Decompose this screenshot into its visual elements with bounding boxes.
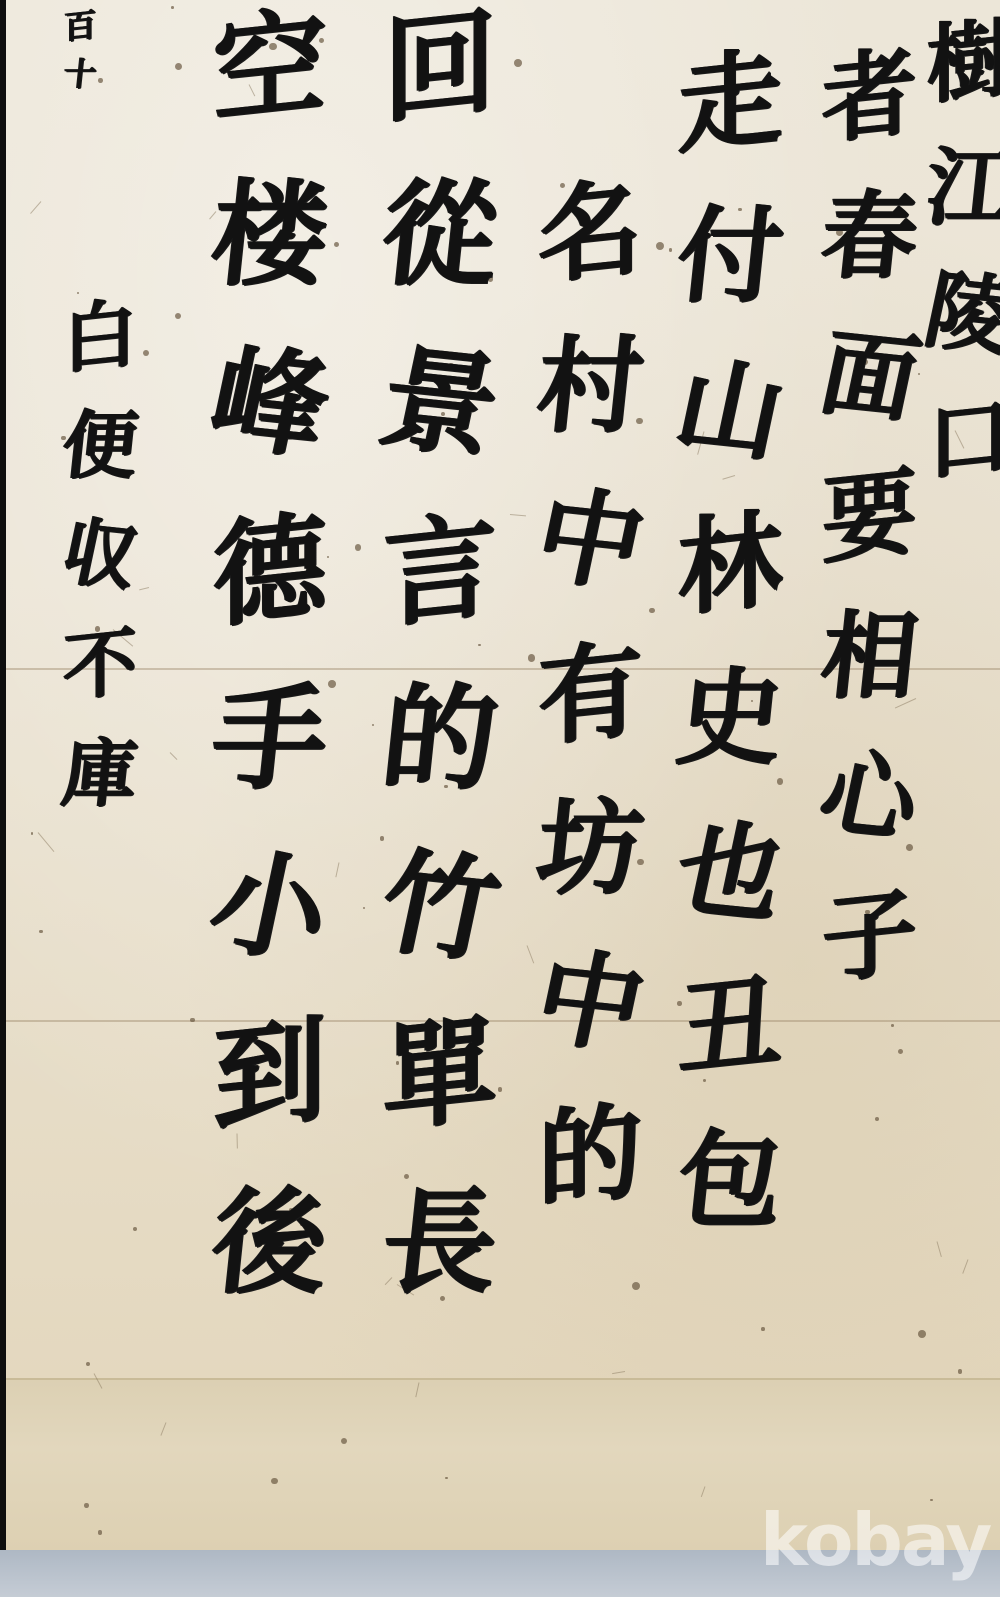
calligraphy-character: 名: [538, 174, 642, 290]
paper-speck: [39, 930, 43, 934]
calligraphy-character: 江: [923, 146, 1000, 232]
calligraphy-character: 相: [817, 610, 922, 705]
calligraphy-character: 後: [207, 1186, 333, 1300]
col-1: 空楼峰德手小到後: [210, 10, 330, 1354]
date-column: 百十: [63, 10, 97, 105]
calligraphy-character: 春: [817, 190, 922, 285]
calligraphy-character: 單: [383, 1012, 496, 1139]
paper-speck: [190, 1018, 194, 1022]
col-4: 走付山林史也丑包: [675, 50, 785, 1282]
calligraphy-character: 便: [59, 409, 141, 483]
calligraphy-character: 村: [532, 334, 647, 439]
calligraphy-character: 走: [678, 44, 782, 160]
calligraphy-character: 楼: [207, 178, 333, 292]
paper-speck: [86, 1362, 90, 1366]
calligraphy-character: 坊: [532, 796, 647, 901]
calligraphy-character: 中: [527, 945, 653, 1059]
calligraphy-character: 樹: [927, 15, 1000, 110]
calligraphy-character: 口: [927, 393, 1000, 488]
calligraphy-character: 的: [377, 682, 503, 796]
calligraphy-character: 百: [64, 8, 96, 44]
col-3: 名村中有坊中的: [535, 180, 645, 1258]
calligraphy-character: 丑: [678, 968, 782, 1084]
calligraphy-character: 不: [63, 623, 137, 705]
paper-speck: [656, 242, 664, 250]
calligraphy-character: 竹: [371, 845, 508, 969]
paper-speck: [31, 832, 33, 834]
watermark: kobay: [760, 1498, 990, 1582]
paper-speck: [143, 350, 149, 356]
calligraphy-character: 史: [672, 666, 787, 771]
calligraphy-character: 景: [371, 341, 508, 465]
paper-speck: [355, 544, 362, 551]
paper-speck: [761, 1327, 765, 1331]
calligraphy-character: 空: [213, 4, 326, 131]
calligraphy-character: 中: [527, 483, 653, 597]
calligraphy-character: 包: [672, 1128, 787, 1233]
calligraphy-character: 要: [823, 465, 917, 570]
calligraphy-character: 言: [383, 508, 496, 635]
calligraphy-character: 回: [383, 4, 496, 131]
paper-speck: [649, 608, 654, 613]
calligraphy-character: 的: [538, 1098, 642, 1214]
paper-speck: [84, 1503, 89, 1508]
col-2: 回從景言的竹單長: [380, 10, 500, 1354]
calligraphy-character: 也: [667, 815, 793, 929]
calligraphy-character: 山: [667, 353, 793, 467]
paper-speck: [334, 242, 339, 247]
paper-speck: [918, 1330, 926, 1338]
calligraphy-character: 白: [63, 296, 137, 378]
calligraphy-character: 収: [55, 515, 144, 596]
paper-speck: [514, 59, 522, 67]
paper-speck: [363, 907, 365, 909]
calligraphy-character: 峰: [201, 341, 338, 465]
paper-speck: [528, 654, 535, 661]
calligraphy-character: 德: [213, 508, 326, 635]
paper-speck: [271, 1478, 277, 1484]
calligraphy-character: 面: [813, 326, 927, 429]
calligraphy-character: 付: [672, 204, 787, 309]
calligraphy-character: 林: [678, 506, 782, 622]
calligraphy-character: 小: [201, 845, 338, 969]
calligraphy-character: 從: [377, 178, 503, 292]
calligraphy-character: 陵: [919, 268, 1000, 361]
calligraphy-character: 十: [62, 58, 98, 90]
calligraphy-character: 心: [813, 746, 927, 849]
calligraphy-character: 手: [207, 682, 333, 796]
calligraphy-character: 庫: [59, 737, 141, 811]
calligraphy-character: 者: [823, 45, 917, 150]
calligraphy-character: 有: [538, 636, 642, 752]
col-5: 者春面要相心子: [820, 50, 920, 1030]
paper-speck: [669, 248, 672, 251]
calligraphy-character: 到: [213, 1012, 326, 1139]
calligraphy-character: 長: [377, 1186, 503, 1300]
signature-column: 白便収不庫: [61, 300, 139, 846]
col-6: 樹江陵口: [925, 20, 1000, 524]
paper-speck: [175, 63, 182, 70]
calligraphy-character: 子: [823, 885, 917, 990]
